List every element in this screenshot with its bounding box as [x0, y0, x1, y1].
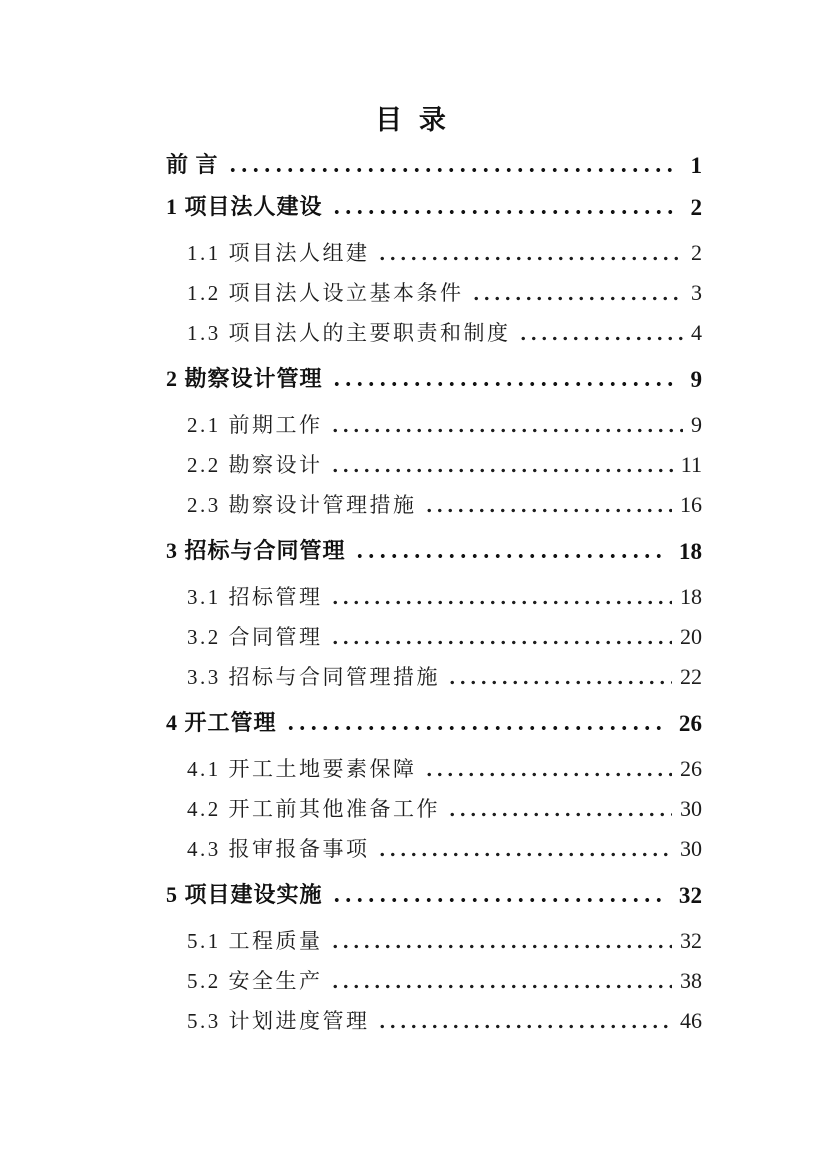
toc-entry[interactable]: 4 开工管理26	[166, 711, 702, 735]
toc-entry[interactable]: 3.1 招标管理18	[166, 585, 702, 609]
toc-entry[interactable]: 3.3 招标与合同管理措施22	[166, 665, 702, 689]
toc-entry-label: 4.3 报审报备事项	[187, 837, 370, 861]
toc-entry[interactable]: 2 勘察设计管理9	[166, 367, 702, 391]
toc-entry[interactable]: 5 项目建设实施32	[166, 883, 702, 907]
toc-entry[interactable]: 5.3 计划进度管理46	[166, 1009, 702, 1033]
dot-leader	[354, 553, 666, 559]
toc-entry-page-number: 1	[690, 153, 702, 177]
dot-leader	[285, 725, 666, 731]
toc-entry-label: 2.3 勘察设计管理措施	[187, 493, 417, 517]
toc-entry-page-number: 3	[691, 281, 702, 305]
toc-entry-label: 5.2 安全生产	[187, 969, 323, 993]
dot-leader	[447, 812, 672, 817]
toc-entry-label: 5.1 工程质量	[187, 929, 323, 953]
toc-entry-page-number: 11	[681, 453, 702, 477]
toc-entry[interactable]: 5.2 安全生产38	[166, 969, 702, 993]
toc-entry-label: 1.3 项目法人的主要职责和制度	[187, 321, 511, 345]
toc-entry[interactable]: 3 招标与合同管理18	[166, 539, 702, 563]
toc-entry-page-number: 22	[680, 665, 702, 689]
toc-entry-label: 1 项目法人建设	[166, 195, 323, 219]
toc-entry[interactable]: 1.1 项目法人组建2	[166, 241, 702, 265]
toc-entry-page-number: 38	[680, 969, 702, 993]
dot-leader	[331, 381, 678, 387]
toc-entry-label: 4.2 开工前其他准备工作	[187, 797, 440, 821]
toc-entry[interactable]: 2.2 勘察设计11	[166, 453, 702, 477]
dot-leader	[377, 1024, 672, 1029]
toc-list: 前 言11 项目法人建设21.1 项目法人组建21.2 项目法人设立基本条件31…	[166, 153, 702, 1049]
toc-entry-page-number: 16	[680, 493, 702, 517]
toc-entry[interactable]: 4.3 报审报备事项30	[166, 837, 702, 861]
toc-entry[interactable]: 1 项目法人建设2	[166, 195, 702, 219]
dot-leader	[330, 944, 672, 949]
toc-entry-page-number: 9	[690, 367, 702, 391]
toc-entry[interactable]: 5.1 工程质量32	[166, 929, 702, 953]
toc-entry-page-number: 20	[680, 625, 702, 649]
dot-leader	[331, 897, 666, 903]
toc-entry-page-number: 18	[679, 539, 702, 563]
toc-entry-label: 4 开工管理	[166, 711, 277, 735]
dot-leader	[330, 640, 672, 645]
dot-leader	[331, 209, 678, 215]
dot-leader	[471, 296, 683, 301]
toc-entry[interactable]: 4.2 开工前其他准备工作30	[166, 797, 702, 821]
toc-entry-label: 3.2 合同管理	[187, 625, 323, 649]
toc-entry-label: 3.1 招标管理	[187, 585, 323, 609]
dot-leader	[377, 256, 683, 261]
toc-entry[interactable]: 3.2 合同管理20	[166, 625, 702, 649]
dot-leader	[330, 984, 672, 989]
toc-entry-label: 3 招标与合同管理	[166, 539, 346, 563]
toc-entry[interactable]: 2.3 勘察设计管理措施16	[166, 493, 702, 517]
toc-entry-page-number: 46	[680, 1009, 702, 1033]
toc-entry-label: 1.1 项目法人组建	[187, 241, 370, 265]
toc-entry-page-number: 26	[680, 757, 702, 781]
dot-leader	[227, 167, 678, 173]
toc-entry-page-number: 2	[691, 241, 702, 265]
toc-entry-page-number: 30	[680, 797, 702, 821]
toc-entry-label: 3.3 招标与合同管理措施	[187, 665, 440, 689]
dot-leader	[330, 468, 673, 473]
dot-leader	[447, 680, 672, 685]
toc-title: 目 录	[0, 103, 826, 137]
toc-entry-label: 5.3 计划进度管理	[187, 1009, 370, 1033]
toc-entry[interactable]: 1.2 项目法人设立基本条件3	[166, 281, 702, 305]
toc-entry-label: 2 勘察设计管理	[166, 367, 323, 391]
dot-leader	[424, 772, 672, 777]
toc-entry-page-number: 32	[680, 929, 702, 953]
toc-entry-page-number: 26	[679, 711, 702, 735]
toc-entry[interactable]: 4.1 开工土地要素保障26	[166, 757, 702, 781]
toc-entry-label: 2.1 前期工作	[187, 413, 323, 437]
toc-entry-page-number: 30	[680, 837, 702, 861]
toc-entry-label: 1.2 项目法人设立基本条件	[187, 281, 464, 305]
dot-leader	[518, 336, 683, 341]
toc-entry[interactable]: 前 言1	[166, 153, 702, 177]
toc-entry-label: 2.2 勘察设计	[187, 453, 323, 477]
dot-leader	[330, 600, 672, 605]
toc-entry-page-number: 9	[691, 413, 702, 437]
toc-entry-page-number: 2	[690, 195, 702, 219]
dot-leader	[424, 508, 672, 513]
toc-entry-page-number: 32	[679, 883, 702, 907]
toc-entry-label: 5 项目建设实施	[166, 883, 323, 907]
toc-entry-page-number: 4	[691, 321, 702, 345]
document-page: 目 录 前 言11 项目法人建设21.1 项目法人组建21.2 项目法人设立基本…	[0, 0, 826, 1169]
dot-leader	[330, 428, 683, 433]
toc-entry-label: 4.1 开工土地要素保障	[187, 757, 417, 781]
dot-leader	[377, 852, 672, 857]
toc-entry[interactable]: 1.3 项目法人的主要职责和制度4	[166, 321, 702, 345]
toc-entry-label: 前 言	[166, 153, 219, 177]
toc-entry[interactable]: 2.1 前期工作9	[166, 413, 702, 437]
toc-entry-page-number: 18	[680, 585, 702, 609]
